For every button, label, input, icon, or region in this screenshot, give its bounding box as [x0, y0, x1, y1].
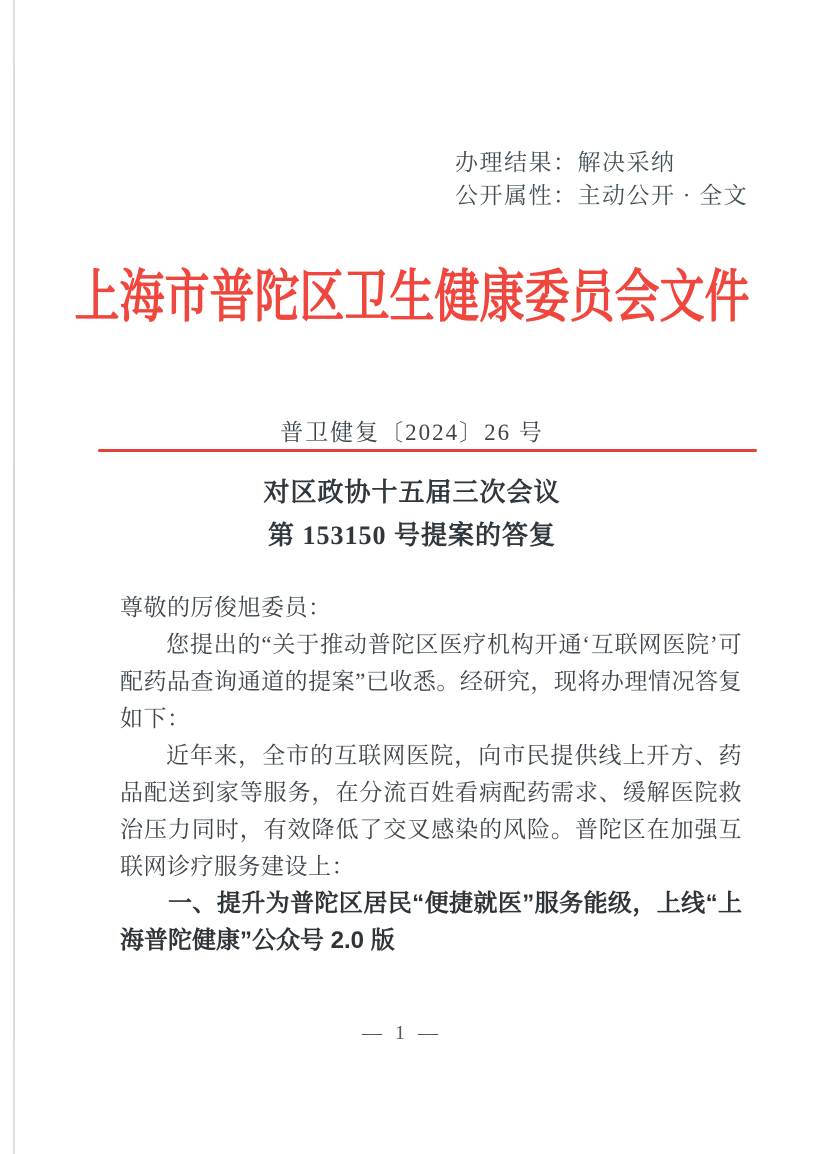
document-number: 普卫健复〔2024〕26 号: [16, 414, 808, 447]
letter-body: 尊敬的厉俊旭委员： 您提出的“关于推动普陀区医疗机构开通‘互联网医院’可配药品查…: [120, 589, 742, 959]
publicity-attribute-line: 公开属性：主动公开 · 全文: [455, 179, 748, 212]
body-paragraph-2: 近年来，全市的互联网医院，向市民提供线上开方、药品配送到家等服务，在分流百姓看病…: [120, 737, 742, 885]
subject-title-line-2: 第 153150 号提案的答复: [16, 514, 808, 557]
letterhead-agency-title: 上海市普陀区卫生健康委员会文件: [16, 266, 808, 329]
salutation: 尊敬的厉俊旭委员：: [120, 589, 742, 626]
handling-result-line: 办理结果：解决采纳: [455, 146, 748, 179]
body-paragraph-1: 您提出的“关于推动普陀区医疗机构开通‘互联网医院’可配药品查询通道的提案”已收悉…: [120, 626, 742, 737]
scanned-official-document: 办理结果：解决采纳 公开属性：主动公开 · 全文 上海市普陀区卫生健康委员会文件…: [0, 0, 824, 1154]
meta-block: 办理结果：解决采纳 公开属性：主动公开 · 全文: [455, 146, 748, 212]
letterhead-divider-rule: [98, 449, 757, 452]
subject-title-line-1: 对区政协十五届三次会议: [16, 471, 808, 514]
section-heading-1: 一、提升为普陀区居民“便捷就医”服务能级，上线“上海普陀健康”公众号 2.0 版: [120, 885, 742, 959]
scan-edge-line: [13, 0, 15, 1154]
page-number: — 1 —: [0, 1022, 804, 1045]
subject-title: 对区政协十五届三次会议 第 153150 号提案的答复: [16, 471, 808, 557]
